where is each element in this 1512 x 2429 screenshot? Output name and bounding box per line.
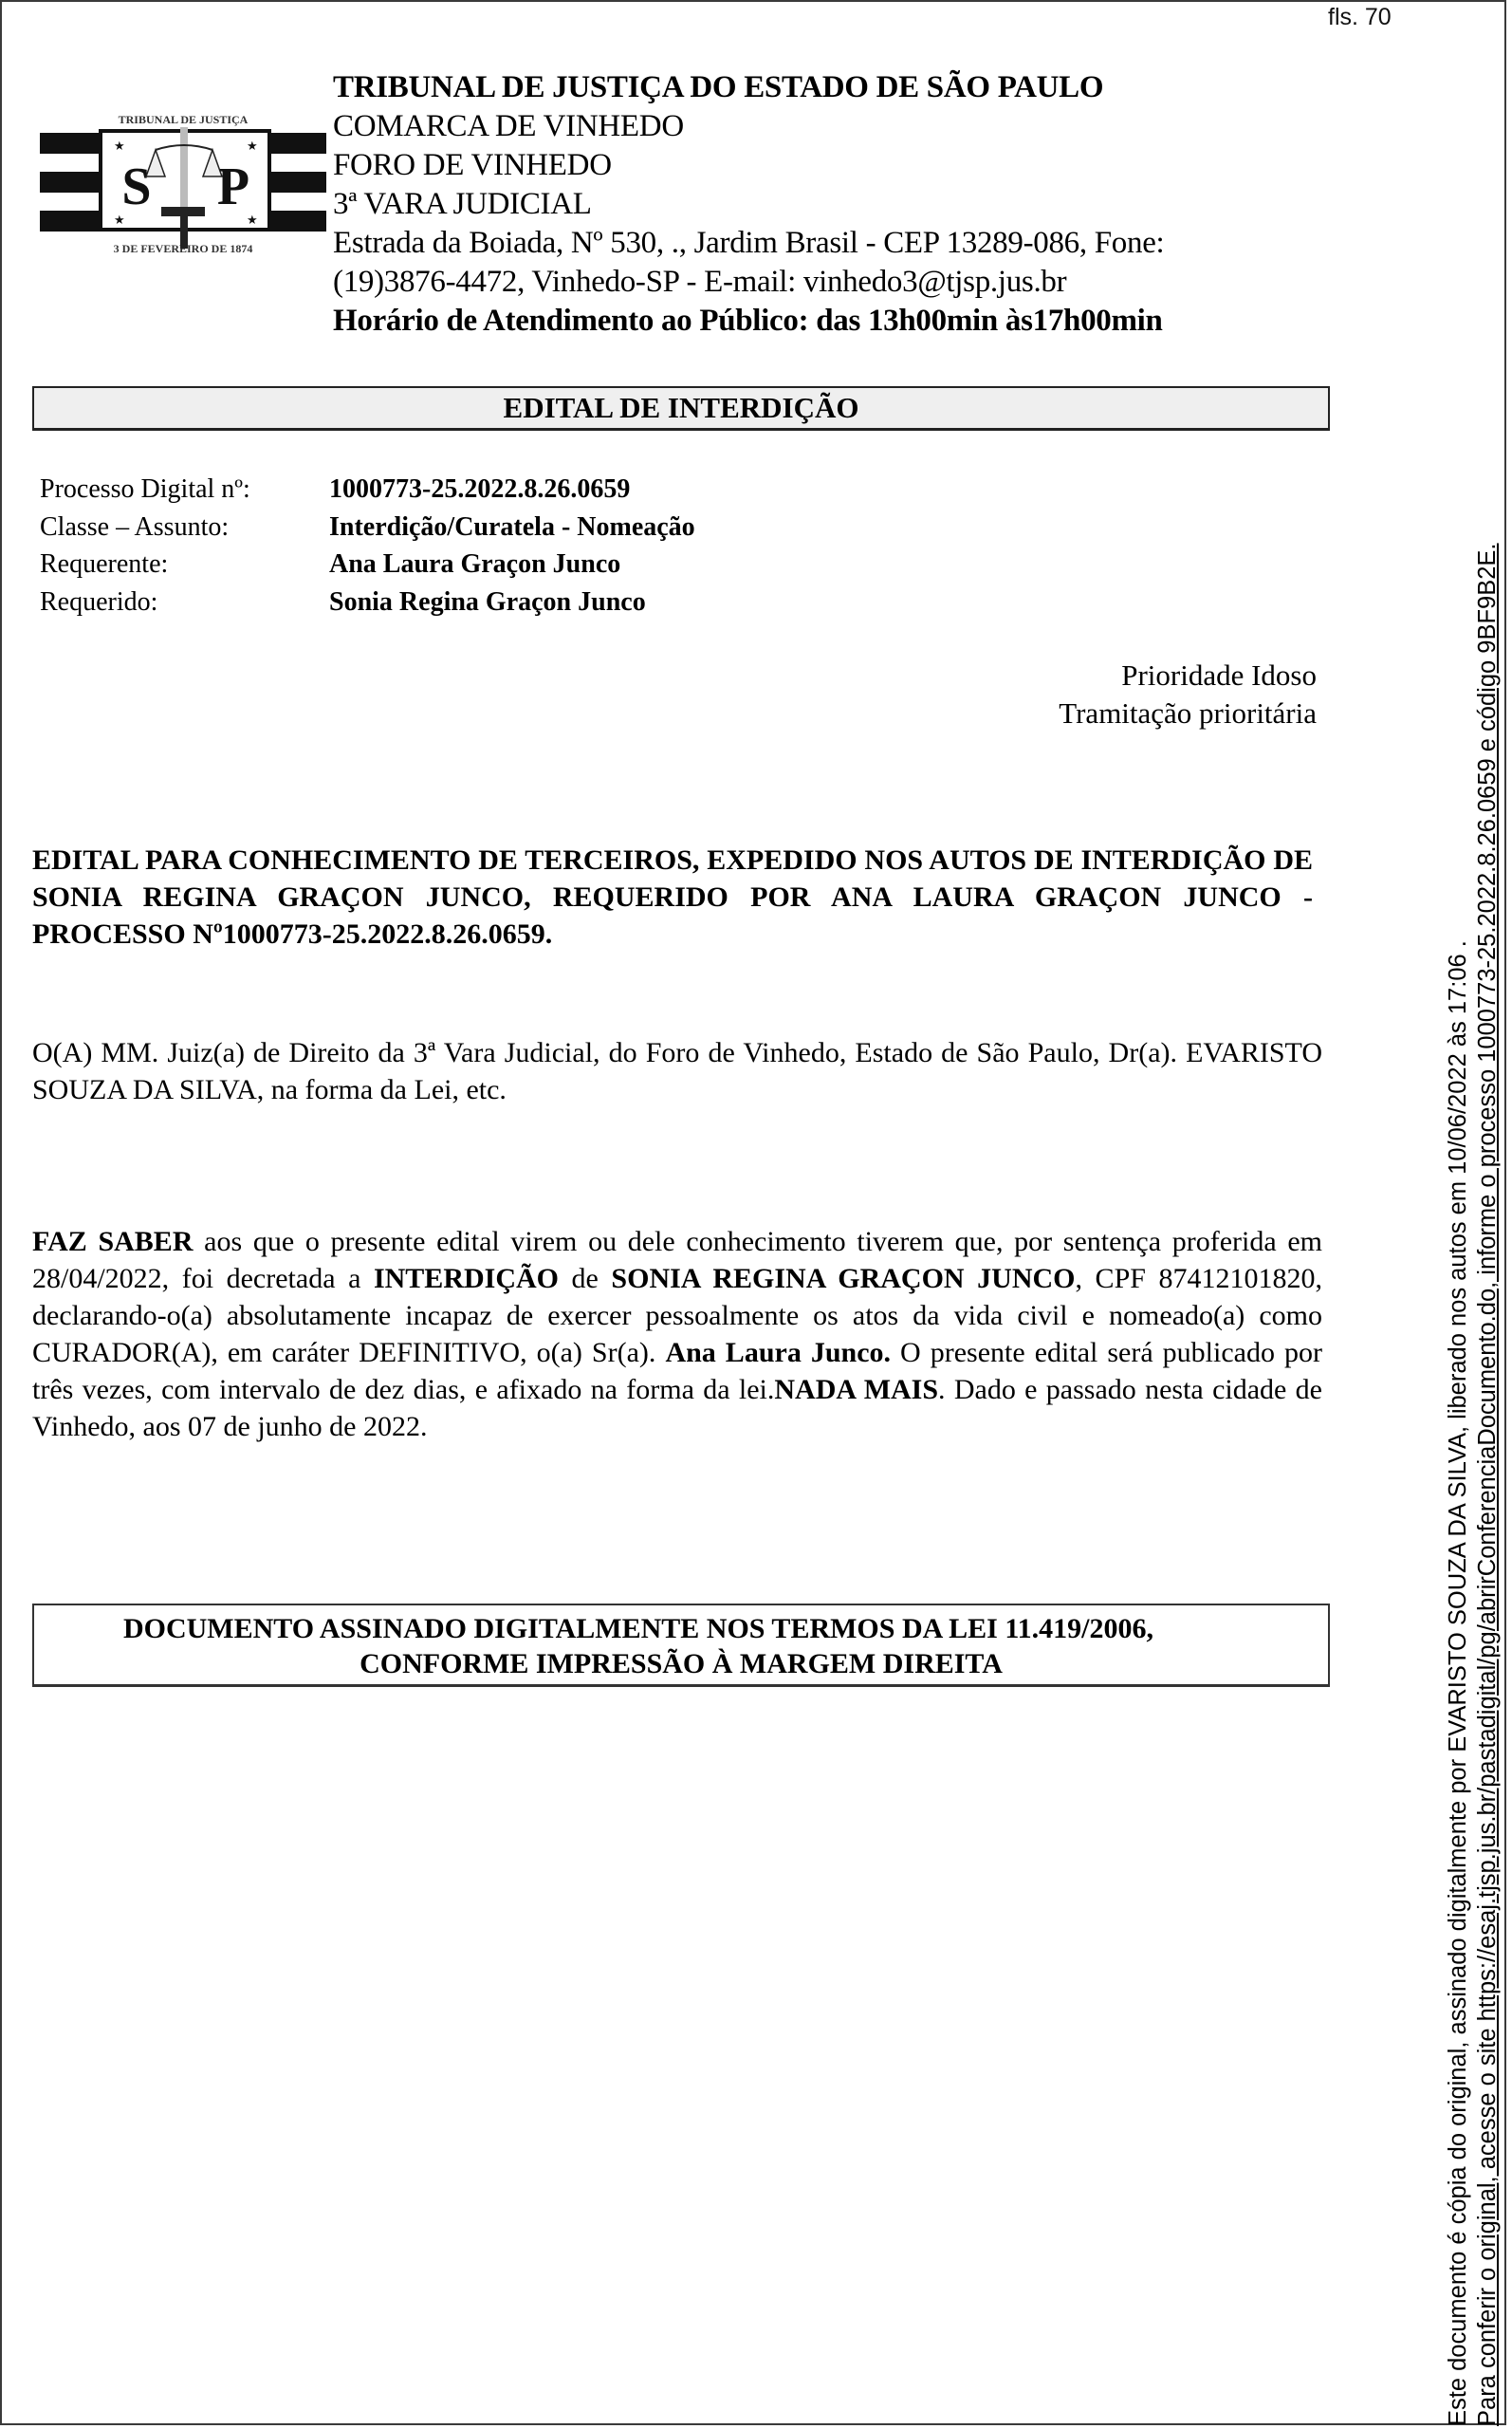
- priority-line-2: Tramitação prioritária: [1059, 695, 1317, 732]
- intro-paragraph: O(A) MM. Juiz(a) de Direito da 3ª Vara J…: [32, 1034, 1322, 1108]
- stamp-line-1: Este documento é cópia do original, assi…: [1444, 543, 1473, 2426]
- body-bold: Ana Laura Junco.: [665, 1337, 891, 1368]
- process-info-row: Processo Digital nº: 1000773-25.2022.8.2…: [40, 471, 695, 509]
- digital-signature-stamp: Este documento é cópia do original, assi…: [1444, 543, 1503, 2426]
- court-name: TRIBUNAL DE JUSTIÇA DO ESTADO DE SÃO PAU…: [333, 68, 1164, 107]
- document-title: EDITAL DE INTERDIÇÃO: [32, 386, 1330, 431]
- svg-text:S: S: [121, 158, 151, 216]
- priority-notice: Prioridade Idoso Tramitação prioritária: [1059, 657, 1317, 732]
- requerido-label: Requerido:: [40, 584, 329, 621]
- body-paragraph: FAZ SABER aos que o presente edital vire…: [32, 1223, 1322, 1445]
- process-info-row: Requerido: Sonia Regina Graçon Junco: [40, 584, 695, 621]
- tjsp-coat-of-arms-icon: TRIBUNAL DE JUSTIÇA 3 DE FEVEREIRO DE 18…: [40, 104, 326, 256]
- body-bold: INTERDIÇÃO: [374, 1263, 559, 1294]
- page-number: fls. 70: [1328, 4, 1392, 31]
- comarca: COMARCA DE VINHEDO: [333, 107, 1164, 146]
- court-header: TRIBUNAL DE JUSTIÇA DO ESTADO DE SÃO PAU…: [333, 68, 1164, 341]
- process-label: Processo Digital nº:: [40, 471, 329, 509]
- body-text: de: [559, 1263, 611, 1294]
- requerente-label: Requerente:: [40, 546, 329, 584]
- svg-text:★: ★: [247, 213, 258, 227]
- requerente-value: Ana Laura Graçon Junco: [329, 546, 620, 584]
- requerido-value: Sonia Regina Graçon Junco: [329, 584, 646, 621]
- svg-text:★: ★: [114, 139, 125, 153]
- svg-text:TRIBUNAL DE JUSTIÇA: TRIBUNAL DE JUSTIÇA: [119, 113, 249, 126]
- vara: 3ª VARA JUDICIAL: [333, 185, 1164, 224]
- process-value: 1000773-25.2022.8.26.0659: [329, 471, 630, 509]
- foro: FORO DE VINHEDO: [333, 146, 1164, 185]
- edital-heading: EDITAL PARA CONHECIMENTO DE TERCEIROS, E…: [32, 842, 1313, 953]
- process-info-row: Classe – Assunto: Interdição/Curatela - …: [40, 509, 695, 547]
- signature-notice: DOCUMENTO ASSINADO DIGITALMENTE NOS TERM…: [32, 1604, 1330, 1687]
- address-line-1: Estrada da Boiada, Nº 530, ., Jardim Bra…: [333, 224, 1164, 263]
- class-label: Classe – Assunto:: [40, 509, 329, 547]
- priority-line-1: Prioridade Idoso: [1059, 657, 1317, 695]
- svg-text:P: P: [217, 158, 249, 216]
- document-page: fls. 70 TRIBUNAL DE JUSTIÇA 3 DE FEVEREI…: [0, 0, 1506, 2425]
- svg-text:★: ★: [114, 213, 125, 227]
- body-bold: NADA MAIS: [774, 1374, 938, 1405]
- svg-text:★: ★: [247, 139, 258, 153]
- signature-notice-line-2: CONFORME IMPRESSÃO À MARGEM DIREITA: [34, 1646, 1328, 1681]
- body-bold: FAZ SABER: [32, 1226, 193, 1257]
- class-value: Interdição/Curatela - Nomeação: [329, 509, 695, 547]
- signature-notice-line-1: DOCUMENTO ASSINADO DIGITALMENTE NOS TERM…: [34, 1611, 1328, 1646]
- body-bold: SONIA REGINA GRAÇON JUNCO: [611, 1263, 1075, 1294]
- verification-link[interactable]: Para conferir o original, acesse o site …: [1473, 543, 1503, 2426]
- process-info: Processo Digital nº: 1000773-25.2022.8.2…: [40, 471, 695, 621]
- process-info-row: Requerente: Ana Laura Graçon Junco: [40, 546, 695, 584]
- address-line-2: (19)3876-4472, Vinhedo-SP - E-mail: vinh…: [333, 263, 1164, 302]
- office-hours: Horário de Atendimento ao Público: das 1…: [333, 302, 1164, 341]
